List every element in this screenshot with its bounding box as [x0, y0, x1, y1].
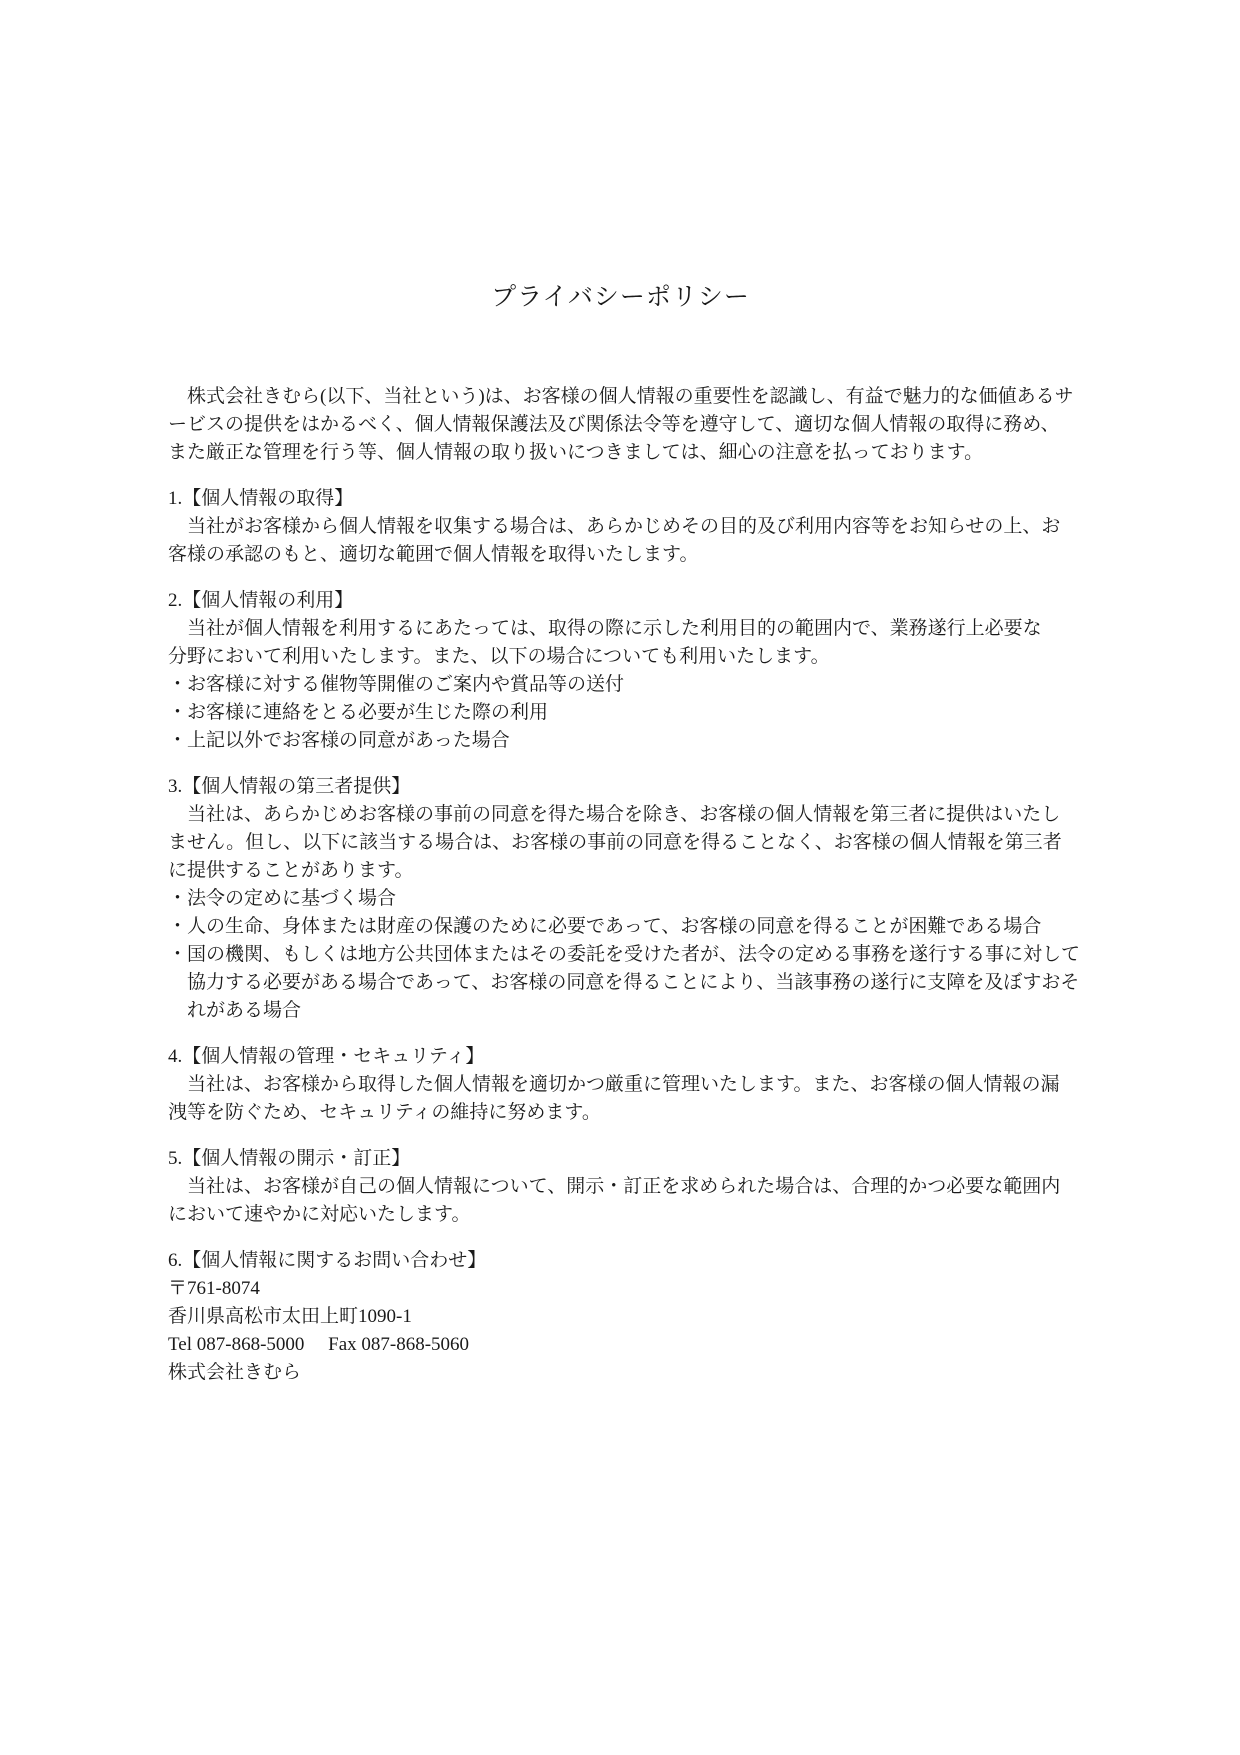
section-personal-info-acquisition: 1.【個人情報の取得】 当社がお客様から個人情報を収集する場合は、あらかじめその…: [168, 485, 1073, 569]
intro-paragraph: 株式会社きむら(以下、当社という)は、お客様の個人情報の重要性を認識し、有益で魅…: [168, 383, 1073, 467]
document-page: プライバシーポリシー 株式会社きむら(以下、当社という)は、お客様の個人情報の重…: [168, 0, 1073, 1387]
section-third-party-provision: 3.【個人情報の第三者提供】 当社は、あらかじめお客様の事前の同意を得た場合を除…: [168, 773, 1073, 1025]
section-management-security: 4.【個人情報の管理・セキュリティ】 当社は、お客様から取得した個人情報を適切か…: [168, 1043, 1073, 1127]
bullet-line: ・国の機関、もしくは地方公共団体またはその委託を受けた者が、法令の定める事務を遂…: [168, 941, 1073, 969]
company-name-line: 株式会社きむら: [168, 1359, 1073, 1387]
section-line: 客様の承認のもと、適切な範囲で個人情報を取得いたします。: [168, 541, 1073, 569]
intro-line: ービスの提供をはかるべく、個人情報保護法及び関係法令等を遵守して、適切な個人情報…: [168, 411, 1073, 439]
bullet-line: ・お客様に連絡をとる必要が生じた際の利用: [168, 699, 1073, 727]
section-line: 分野において利用いたします。また、以下の場合についても利用いたします。: [168, 643, 1073, 671]
section-personal-info-use: 2.【個人情報の利用】 当社が個人情報を利用するにあたっては、取得の際に示した利…: [168, 587, 1073, 755]
section-heading: 3.【個人情報の第三者提供】: [168, 773, 1073, 801]
bullet-line: ・人の生命、身体または財産の保護のために必要であって、お客様の同意を得ることが困…: [168, 913, 1073, 941]
intro-line: 株式会社きむら(以下、当社という)は、お客様の個人情報の重要性を認識し、有益で魅…: [168, 383, 1073, 411]
section-line: 当社は、お客様から取得した個人情報を適切かつ厳重に管理いたします。また、お客様の…: [168, 1071, 1073, 1099]
section-contact: 6.【個人情報に関するお問い合わせ】 〒761-8074 香川県高松市太田上町1…: [168, 1247, 1073, 1387]
section-heading: 5.【個人情報の開示・訂正】: [168, 1145, 1073, 1173]
address-line: 香川県高松市太田上町1090-1: [168, 1303, 1073, 1331]
section-line: 当社は、お客様が自己の個人情報について、開示・訂正を求められた場合は、合理的かつ…: [168, 1173, 1073, 1201]
section-disclosure-correction: 5.【個人情報の開示・訂正】 当社は、お客様が自己の個人情報について、開示・訂正…: [168, 1145, 1073, 1229]
section-line: 当社がお客様から個人情報を収集する場合は、あらかじめその目的及び利用内容等をお知…: [168, 513, 1073, 541]
bullet-line: ・お客様に対する催物等開催のご案内や賞品等の送付: [168, 671, 1073, 699]
section-line: 当社は、あらかじめお客様の事前の同意を得た場合を除き、お客様の個人情報を第三者に…: [168, 801, 1073, 829]
tel-fax-line: Tel 087-868-5000 Fax 087-868-5060: [168, 1331, 1073, 1359]
section-line: に提供することがあります。: [168, 857, 1073, 885]
section-line: ません。但し、以下に該当する場合は、お客様の事前の同意を得ることなく、お客様の個…: [168, 829, 1073, 857]
section-heading: 2.【個人情報の利用】: [168, 587, 1073, 615]
section-line: において速やかに対応いたします。: [168, 1201, 1073, 1229]
intro-line: また厳正な管理を行う等、個人情報の取り扱いにつきましては、細心の注意を払っており…: [168, 439, 1073, 467]
bullet-line: ・上記以外でお客様の同意があった場合: [168, 727, 1073, 755]
section-heading: 1.【個人情報の取得】: [168, 485, 1073, 513]
bullet-line: ・法令の定めに基づく場合: [168, 885, 1073, 913]
section-line: 洩等を防ぐため、セキュリティの維持に努めます。: [168, 1099, 1073, 1127]
section-line: 当社が個人情報を利用するにあたっては、取得の際に示した利用目的の範囲内で、業務遂…: [168, 615, 1073, 643]
bullet-continuation-line: れがある場合: [168, 997, 1073, 1025]
bullet-continuation-line: 協力する必要がある場合であって、お客様の同意を得ることにより、当該事務の遂行に支…: [168, 969, 1073, 997]
postal-code-line: 〒761-8074: [168, 1275, 1073, 1303]
section-heading: 6.【個人情報に関するお問い合わせ】: [168, 1247, 1073, 1275]
page-title: プライバシーポリシー: [168, 280, 1073, 316]
section-heading: 4.【個人情報の管理・セキュリティ】: [168, 1043, 1073, 1071]
